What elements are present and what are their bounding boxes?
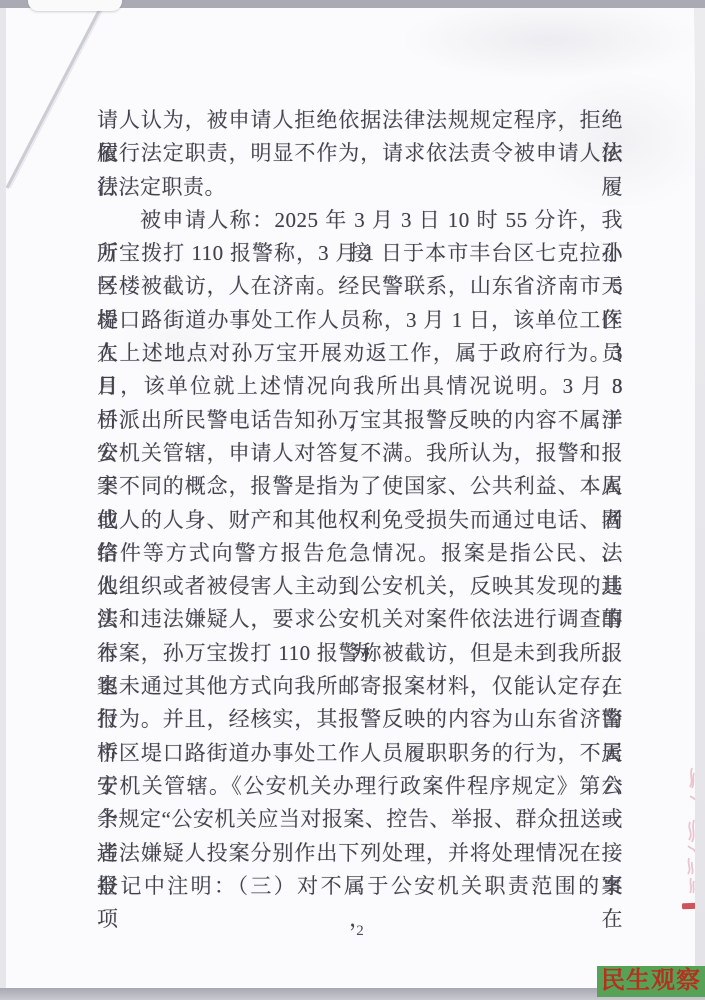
binder-tab xyxy=(28,0,122,11)
scanned-document-photo: 请人认为，被申请人拒绝依据法律法规规定程序，拒绝依法 履行法定职责，明显不作为，… xyxy=(0,0,705,1000)
text-line: 履行法定职责，明显不作为，请求依法责令被申请人依法履 xyxy=(97,137,623,170)
page-crease-highlight xyxy=(10,7,104,188)
text-line: 行为。并且，经核实，其报警反映的内容为山东省济南市天 xyxy=(97,703,623,736)
watermark-badge: 民生观察 xyxy=(597,966,705,997)
text-line: 信件等方式向警方报告危急情况。报案是指公民、法人、其 xyxy=(97,537,623,570)
text-line: 被申请人称：2025 年 3 月 3 日 10 时 55 分许，我所接孙 xyxy=(97,204,623,237)
text-line: 在上述地点对孙万宝开展劝返工作，属于政府行为。3 月 3 xyxy=(97,337,623,370)
text-line: 请人认为，被申请人拒绝依据法律法规规定程序，拒绝依法 xyxy=(97,104,623,137)
text-line: 日，该单位就上述情况向我所出具情况说明。3 月 8 日，洋 xyxy=(97,370,623,403)
text-line: 本案，孙万宝拨打 110 报警称被截访，但是未到我所报案， xyxy=(97,637,623,670)
text-line: 也未通过其他方式向我所邮寄报案材料，仅能认定存在报警 xyxy=(97,670,623,703)
page-number: 2 xyxy=(97,923,623,940)
scan-left-edge xyxy=(0,8,6,988)
text-line: 条规定“公安机关应当对报案、控告、举报、群众扭送或者 xyxy=(97,803,623,836)
text-line: 万宝拨打 110 报警称，3 月 1 日于本市丰台区七克拉小区 5 xyxy=(97,237,623,270)
text-line: 安机关管辖。《公安机关办理行政案件程序规定》第六十一 xyxy=(97,770,623,803)
text-line: 实和违法嫌疑人，要求公安机关对案件依法进行调查的行为。 xyxy=(97,603,623,636)
text-line: 堤口路街道办事处工作人员称，3 月 1 日，该单位工作人员 xyxy=(97,304,623,337)
text-line: 他组织或者被侵害人主动到公安机关，反映其发现的违法事 xyxy=(97,570,623,603)
text-line: 号楼被截访，人在济南。经民警联系，山东省济南市天桥区 xyxy=(97,270,623,303)
text-line: 桥派出所民警电话告知孙万宝其报警反映的内容不属于公 xyxy=(97,404,623,437)
text-line: 桥区堤口路街道办事处工作人员履职职务的行为，不属于公 xyxy=(97,737,623,770)
red-stamp-mark xyxy=(688,768,695,893)
text-line: 违法嫌疑人投案分别作出下列处理，并将处理情况在接报案 xyxy=(97,837,623,870)
body-text: 请人认为，被申请人拒绝依据法律法规规定程序，拒绝依法 履行法定职责，明显不作为，… xyxy=(97,104,623,903)
text-line: 安机关管辖，申请人对答复不满。我所认为，报警和报案属 xyxy=(97,437,623,470)
text-line: 于不同的概念，报警是指为了使国家、公共利益、本人或者 xyxy=(97,470,623,503)
text-line: 他人的人身、财产和其他权利免受损失而通过电话、网络、 xyxy=(97,504,623,537)
scan-right-edge xyxy=(695,8,705,988)
page-crease xyxy=(7,7,101,188)
paper-shading xyxy=(400,0,700,80)
text-line: 登记中注明：（三）对不属于公安机关职责范围的事项，在 xyxy=(97,870,623,903)
